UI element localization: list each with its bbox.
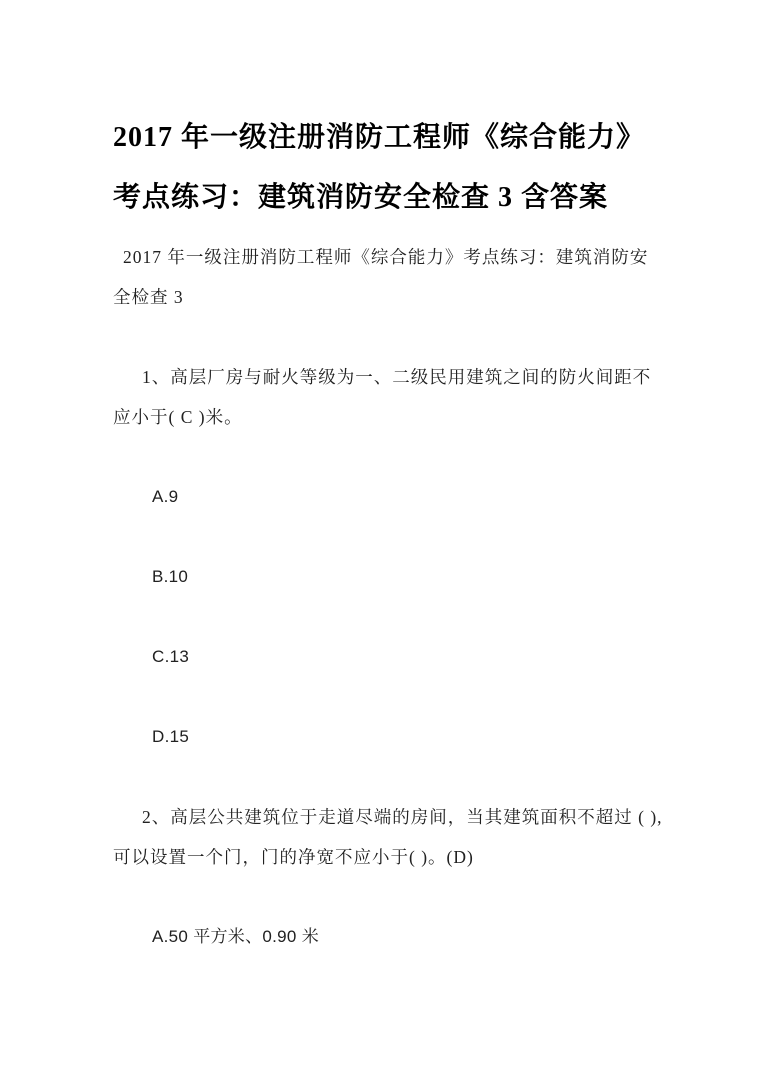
- subtitle-line-2: 全检查 3: [113, 277, 658, 317]
- subtitle-line-1: 2017 年一级注册消防工程师《综合能力》考点练习：建筑消防安: [113, 237, 658, 277]
- question-1-option-d: D.15: [113, 717, 658, 757]
- document-page: 2017 年一级注册消防工程师《综合能力》 考点练习：建筑消防安全检查 3 含答…: [0, 0, 763, 1080]
- question-2-line-2: 可以设置一个门，门的净宽不应小于( )。(D): [113, 837, 658, 877]
- title-line-2: 考点练习：建筑消防安全检查 3 含答案: [113, 168, 658, 228]
- question-1-option-a: A.9: [113, 477, 658, 517]
- question-1-line-1: 1、高层厂房与耐火等级为一、二级民用建筑之间的防火间距不: [113, 357, 658, 397]
- document-content: 2017 年一级注册消防工程师《综合能力》 考点练习：建筑消防安全检查 3 含答…: [113, 108, 658, 997]
- question-1-option-c: C.13: [113, 637, 658, 677]
- question-1-option-b: B.10: [113, 557, 658, 597]
- title-line-1: 2017 年一级注册消防工程师《综合能力》: [113, 108, 658, 168]
- question-1: 1、高层厂房与耐火等级为一、二级民用建筑之间的防火间距不 应小于( C )米。: [113, 357, 658, 437]
- question-1-line-2: 应小于( C )米。: [113, 397, 658, 437]
- document-title: 2017 年一级注册消防工程师《综合能力》 考点练习：建筑消防安全检查 3 含答…: [113, 108, 658, 228]
- question-2-option-a: A.50 平方米、0.90 米: [113, 917, 658, 957]
- question-2-line-1: 2、高层公共建筑位于走道尽端的房间，当其建筑面积不超过 ( ),: [113, 797, 658, 837]
- subtitle-paragraph: 2017 年一级注册消防工程师《综合能力》考点练习：建筑消防安 全检查 3: [113, 237, 658, 317]
- question-2: 2、高层公共建筑位于走道尽端的房间，当其建筑面积不超过 ( ), 可以设置一个门…: [113, 797, 658, 877]
